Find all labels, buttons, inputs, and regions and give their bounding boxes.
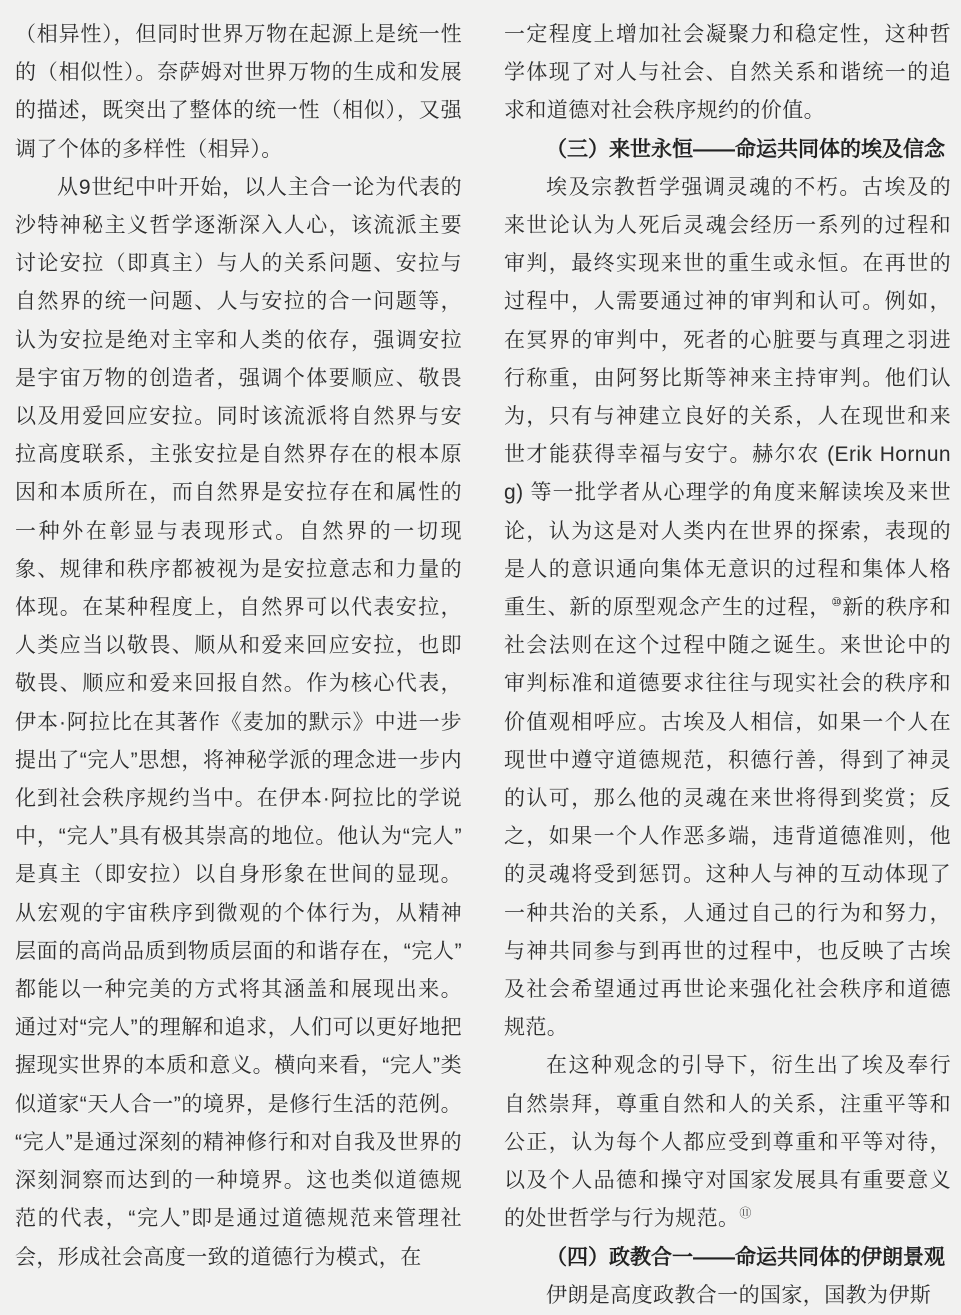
footnote-marker: ⑪ [739, 1206, 751, 1220]
body-paragraph: 一定程度上增加社会凝聚力和稳定性，这种哲学体现了对人与社会、自然关系和谐统一的追… [504, 16, 951, 131]
body-paragraph: 从9世纪中叶开始，以人主合一论为代表的沙特神秘主义哲学逐渐深入人心，该流派主要讨… [15, 169, 462, 1277]
body-paragraph: （相异性），但同时世界万物在起源上是统一性的（相似性）。奈萨姆对世界万物的生成和… [15, 16, 462, 169]
body-paragraph: 在这种观念的引导下，衍生出了埃及奉行自然崇拜，尊重自然和人的关系，注重平等和公正… [504, 1047, 951, 1238]
left-column: （相异性），但同时世界万物在起源上是统一性的（相似性）。奈萨姆对世界万物的生成和… [15, 16, 462, 1315]
body-paragraph: 伊朗是高度政教合一的国家，国教为伊斯 [504, 1277, 951, 1315]
section-heading: （三）来世永恒——命运共同体的埃及信念 [504, 131, 951, 169]
document-page: （相异性），但同时世界万物在起源上是统一性的（相似性）。奈萨姆对世界万物的生成和… [0, 0, 961, 1315]
footnote-marker: ⑩ [831, 595, 842, 609]
section-heading: （四）政教合一——命运共同体的伊朗景观 [504, 1239, 951, 1277]
body-paragraph: 埃及宗教哲学强调灵魂的不朽。古埃及的来世论认为人死后灵魂会经历一系列的过程和审判… [504, 169, 951, 1048]
right-column: 一定程度上增加社会凝聚力和稳定性，这种哲学体现了对人与社会、自然关系和谐统一的追… [504, 16, 951, 1315]
